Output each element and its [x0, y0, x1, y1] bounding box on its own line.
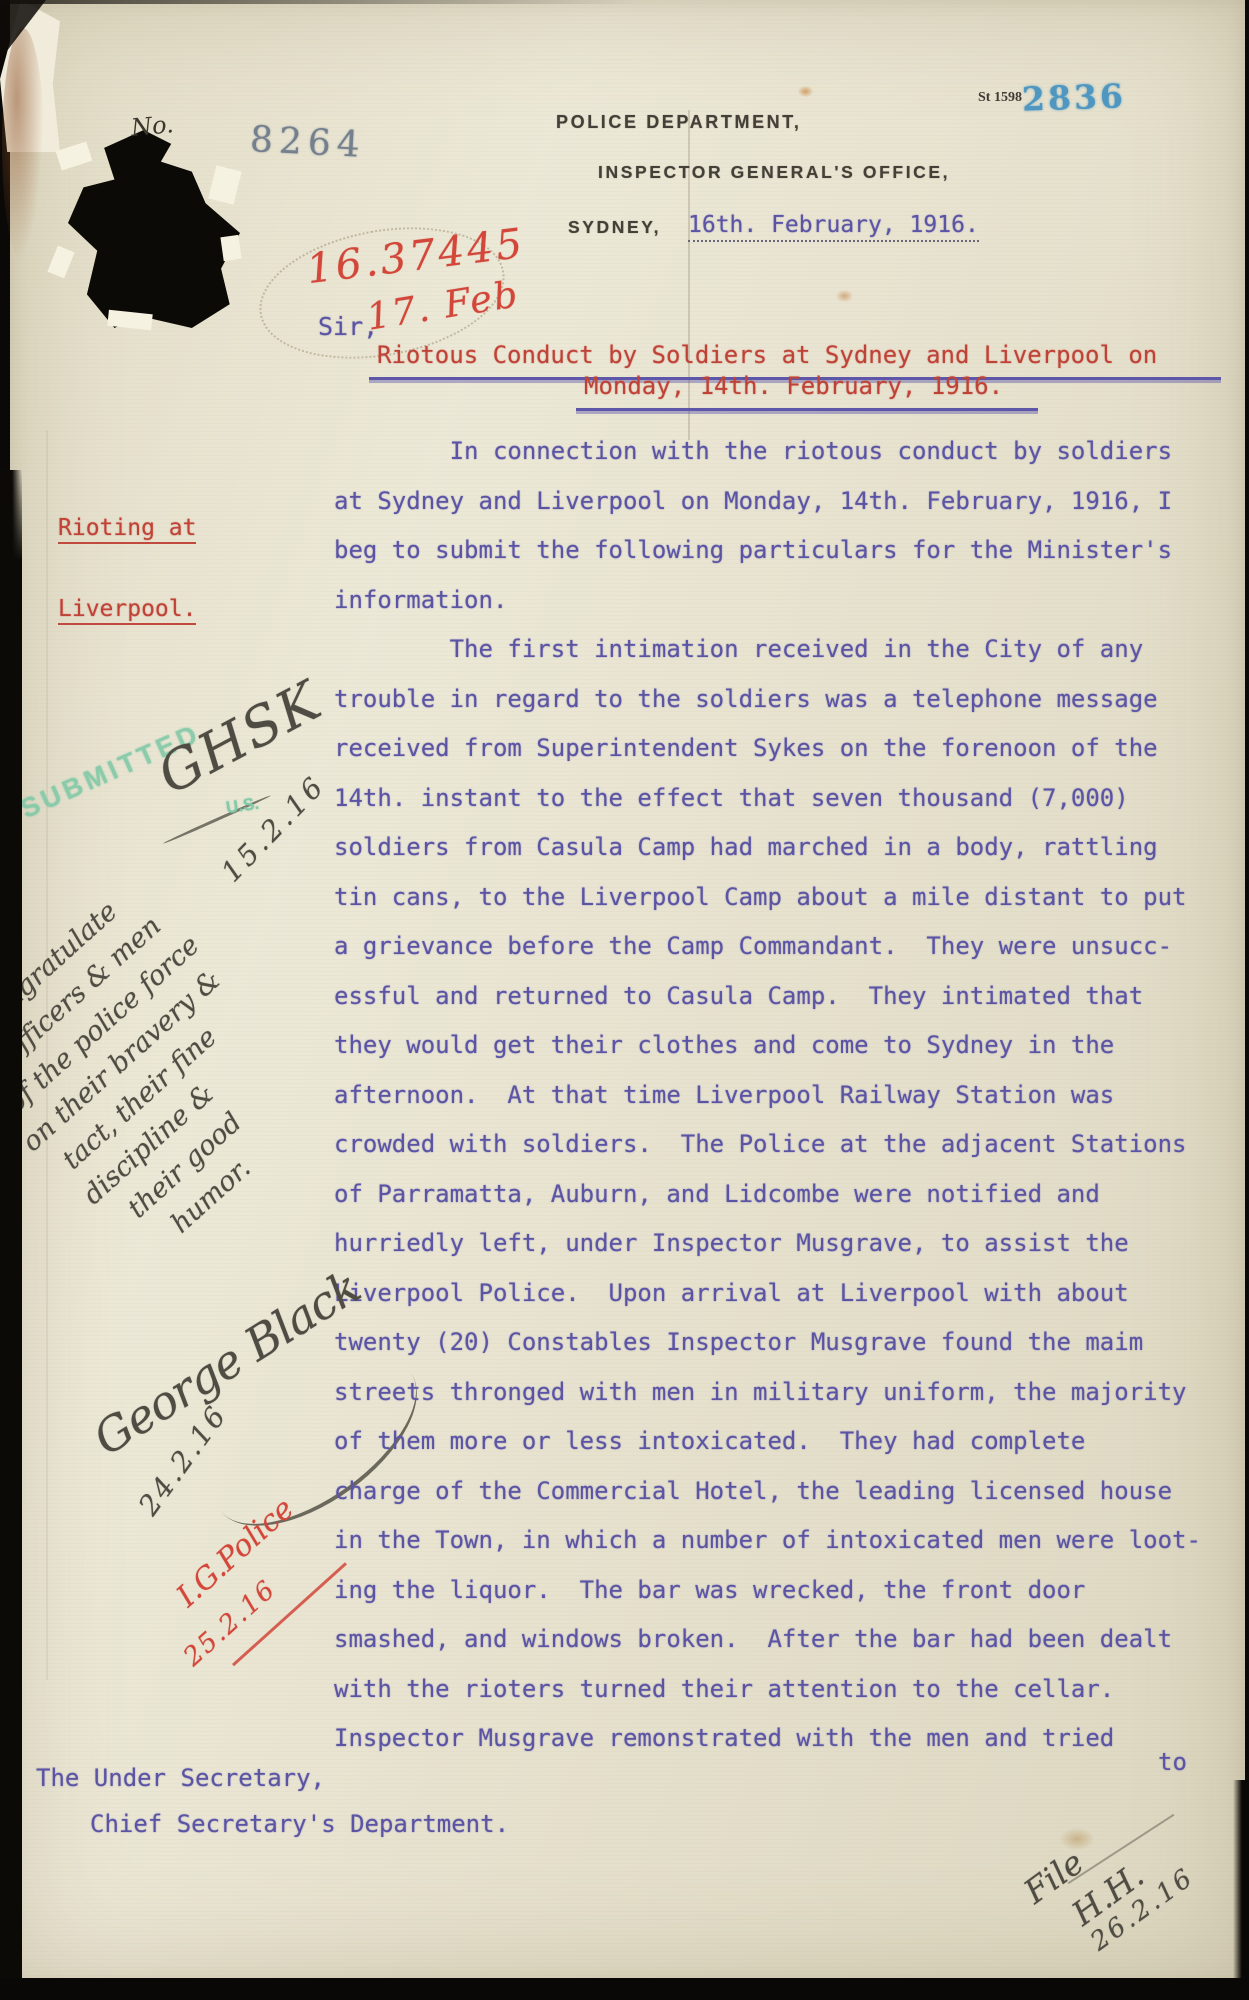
body-line: afternoon. At that time Liverpool Railwa…: [334, 1071, 1234, 1121]
letterhead-department: POLICE DEPARTMENT,: [556, 112, 801, 133]
margin-subject: Rioting at Liverpool.: [58, 463, 196, 677]
registry-number-stamp: 8264: [249, 119, 367, 166]
body-line: tin cans, to the Liverpool Camp about a …: [334, 873, 1234, 923]
body-line: a grievance before the Camp Commandant. …: [334, 922, 1234, 972]
margin-subject-line1: Rioting at: [58, 515, 196, 544]
subject-underline: [576, 408, 1038, 411]
body-line: trouble in regard to the soldiers was a …: [334, 675, 1234, 725]
body-line: twenty (20) Constables Inspector Musgrav…: [334, 1318, 1234, 1368]
body-line: streets thronged with men in military un…: [334, 1368, 1234, 1418]
body-line: The first intimation received in the Cit…: [334, 625, 1234, 675]
document-photo: No. 8264 St 1598 2836 POLICE DEPARTMENT,…: [0, 0, 1249, 2000]
body-line: In connection with the riotous conduct b…: [334, 427, 1234, 477]
body-line: of Parramatta, Auburn, and Lidcombe were…: [334, 1170, 1234, 1220]
body-line: hurriedly left, under Inspector Musgrave…: [334, 1219, 1234, 1269]
body-line: information.: [334, 576, 1234, 626]
subject-line2: Monday, 14th. February, 1916.: [584, 372, 1003, 400]
body-line: received from Superintendent Sykes on th…: [334, 724, 1234, 774]
blue-number-stamp: 2836: [1021, 76, 1126, 119]
torn-paper-fleck: [220, 235, 241, 261]
catchword: to: [1158, 1748, 1187, 1776]
typed-date: 16th. February, 1916.: [688, 212, 979, 238]
body-line: smashed, and windows broken. After the b…: [334, 1615, 1234, 1665]
body-line: Inspector Musgrave remonstrated with the…: [334, 1714, 1234, 1764]
addressee-line2: Chief Secretary's Department.: [90, 1810, 509, 1838]
typed-date-text: 16th. February, 1916.: [688, 212, 979, 242]
body-line: 14th. instant to the effect that seven t…: [334, 774, 1234, 824]
torn-corner-bottomright: [0, 0, 60, 152]
body-line: essful and returned to Casula Camp. They…: [334, 972, 1234, 1022]
margin-subject-line2: Liverpool.: [58, 596, 196, 625]
no-label: No.: [130, 110, 175, 142]
body-line: at Sydney and Liverpool on Monday, 14th.…: [334, 477, 1234, 527]
salutation: Sir,: [318, 312, 378, 341]
body-line: of them more or less intoxicated. They h…: [334, 1417, 1234, 1467]
body-line: soldiers from Casula Camp had marched in…: [334, 823, 1234, 873]
body-line: they would get their clothes and come to…: [334, 1021, 1234, 1071]
letterhead-office: INSPECTOR GENERAL'S OFFICE,: [598, 162, 950, 183]
body-line: charge of the Commercial Hotel, the lead…: [334, 1467, 1234, 1517]
body-line: ing the liquor. The bar was wrecked, the…: [334, 1566, 1234, 1616]
st-number-label: St 1598: [978, 90, 1022, 106]
body-line: crowded with soldiers. The Police at the…: [334, 1120, 1234, 1170]
body-line: Liverpool Police. Upon arrival at Liverp…: [334, 1269, 1234, 1319]
body-line: beg to submit the following particulars …: [334, 526, 1234, 576]
addressee-line1: The Under Secretary,: [36, 1764, 325, 1792]
letterhead-place: SYDNEY,: [568, 217, 661, 238]
letter-body: In connection with the riotous conduct b…: [334, 427, 1234, 1764]
subject-line1: Riotous Conduct by Soldiers at Sydney an…: [377, 341, 1157, 369]
body-line: with the rioters turned their attention …: [334, 1665, 1234, 1715]
body-line: in the Town, in which a number of intoxi…: [334, 1516, 1234, 1566]
